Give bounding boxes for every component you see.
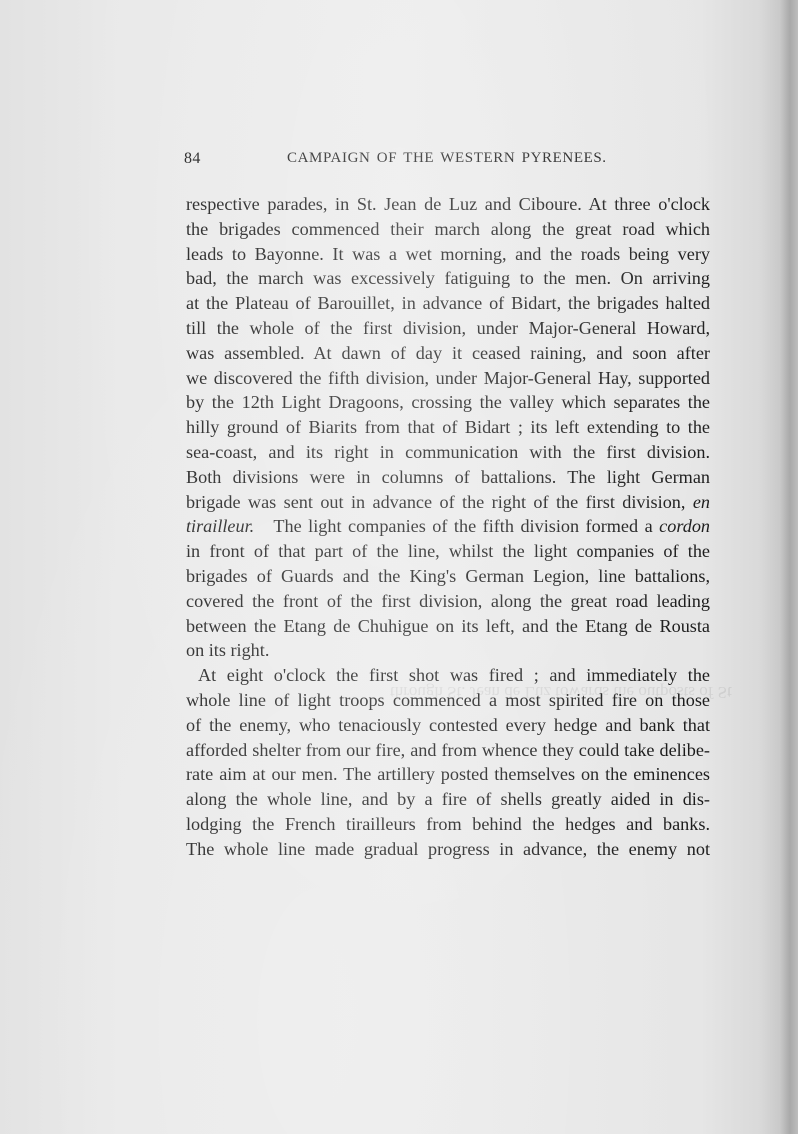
italic-term: tirailleur. [186, 516, 254, 536]
text-line-with-italic: tirailleur. The light companies of the f… [186, 514, 710, 539]
text-line: between the Etang de Chuhigue on its lef… [186, 614, 710, 639]
text-line: till the whole of the first division, un… [186, 316, 710, 341]
text-line: in front of that part of the line, whils… [186, 539, 710, 564]
text-line: on its right. [186, 638, 710, 663]
text-line: was assembled. At dawn of day it ceased … [186, 341, 710, 366]
italic-term: cordon [659, 516, 710, 536]
text-line: we discovered the fifth division, under … [186, 366, 710, 391]
text-line-with-italic: brigade was sent out in advance of the r… [186, 490, 710, 515]
text-line: covered the front of the first division,… [186, 589, 710, 614]
text-line: at the Plateau of Barouillet, in advance… [186, 291, 710, 316]
book-page: 84 CAMPAIGN OF THE WESTERN PYRENEES. thr… [0, 0, 798, 1134]
italic-term: en [693, 492, 710, 512]
text-line: leads to Bayonne. It was a wet morning, … [186, 242, 710, 267]
text-line: respective parades, in St. Jean de Luz a… [186, 192, 710, 217]
text-line: whole line of light troops commenced a m… [186, 688, 710, 713]
text-line: of the enemy, who tenaciously contested … [186, 713, 710, 738]
text-line: by the 12th Light Dragoons, crossing the… [186, 390, 710, 415]
body-text: respective parades, in St. Jean de Luz a… [186, 192, 710, 862]
text-line: bad, the march was excessively fatiguing… [186, 266, 710, 291]
running-head: 84 CAMPAIGN OF THE WESTERN PYRENEES. [184, 150, 709, 172]
text-line: rate aim at our men. The artillery poste… [186, 762, 710, 787]
text-line: brigades of Guards and the King's German… [186, 564, 710, 589]
text-segment: brigade was sent out in advance of the r… [186, 492, 685, 512]
text-line: Both divisions were in columns of battal… [186, 465, 710, 490]
text-line: afforded shelter from our fire, and from… [186, 738, 710, 763]
text-line: hilly ground of Biarits from that of Bid… [186, 415, 710, 440]
text-line: The whole line made gradual progress in … [186, 837, 710, 862]
text-line: sea-coast, and its right in communicatio… [186, 440, 710, 465]
text-line: the brigades commenced their march along… [186, 217, 710, 242]
text-line: lodging the French tirailleurs from behi… [186, 812, 710, 837]
running-head-title: CAMPAIGN OF THE WESTERN PYRENEES. [287, 150, 607, 167]
page-number: 84 [184, 150, 201, 168]
text-line: along the whole line, and by a fire of s… [186, 787, 710, 812]
paragraph-start-line: At eight o'clock the first shot was fire… [186, 663, 710, 688]
text-segment: The light companies of the fifth divisio… [273, 516, 652, 536]
